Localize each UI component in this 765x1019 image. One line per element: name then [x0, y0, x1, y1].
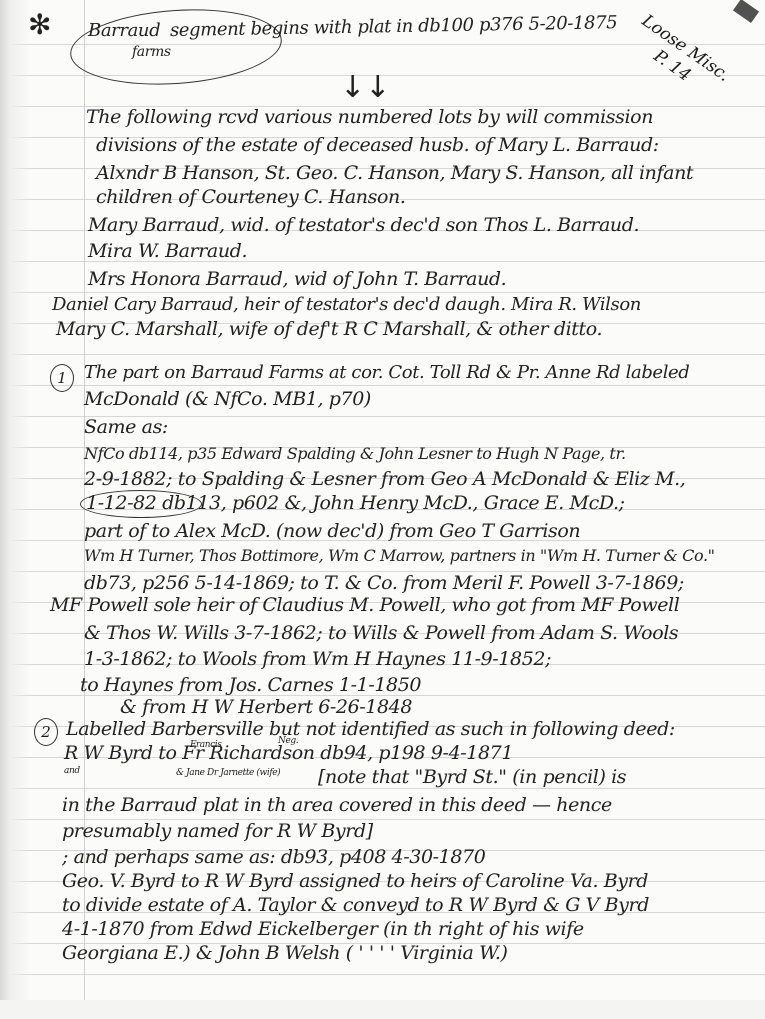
section2-line: 4-1-1870 from Edwd Eickelberger (in th r…	[62, 918, 584, 940]
section2-line: [note that "Byrd St." (in pencil) is	[318, 766, 626, 788]
section1-line: Same as:	[84, 416, 168, 438]
section2-line: Labelled Barbersville but not identified…	[66, 718, 675, 740]
section2-line: in the Barraud plat in th area covered i…	[62, 794, 612, 816]
circled-word-farms: farms	[132, 44, 171, 60]
annotation-and: and	[64, 766, 80, 776]
section1-line: & from H W Herbert 6-26-1848	[120, 696, 412, 718]
section2-line: Geo. V. Byrd to R W Byrd assigned to hei…	[62, 870, 648, 892]
intro-line: Mary Barraud, wid. of testator's dec'd s…	[88, 214, 639, 236]
section2-line: presumably named for R W Byrd]	[62, 820, 373, 842]
section1-line: 1-12-82 db113, p602 &, John Henry McD., …	[86, 492, 625, 514]
section1-line: The part on Barraud Farms at cor. Cot. T…	[84, 362, 689, 383]
intro-line: children of Courteney C. Hanson.	[96, 186, 405, 208]
section1-line: NfCo db114, p35 Edward Spalding & John L…	[84, 444, 626, 463]
section1-line: MF Powell sole heir of Claudius M. Powel…	[50, 594, 679, 616]
section-number-2: 2	[34, 718, 58, 746]
intro-line: divisions of the estate of deceased husb…	[96, 134, 659, 156]
section1-line: 2-9-1882; to Spalding & Lesner from Geo …	[84, 468, 685, 490]
section1-line: & Thos W. Wills 3-7-1862; to Wills & Pow…	[84, 622, 678, 644]
intro-line: Mira W. Barraud.	[88, 240, 247, 262]
intro-line: Daniel Cary Barraud, heir of testator's …	[52, 294, 641, 315]
section1-line: part of to Alex McD. (now dec'd) from Ge…	[84, 520, 580, 542]
section1-line: McDonald (& NfCo. MB1, p70)	[84, 388, 371, 410]
section1-line: to Haynes from Jos. Carnes 1-1-1850	[80, 674, 421, 696]
section1-line: 1-3-1862; to Wools from Wm H Haynes 11-9…	[84, 648, 551, 670]
page-bottom-edge	[0, 1000, 765, 1019]
intro-line: Alxndr B Hanson, St. Geo. C. Hanson, Mar…	[96, 162, 693, 184]
intro-line: The following rcvd various numbered lots…	[86, 106, 653, 128]
annotation-wife: & Jane Dr Jarnette (wife)	[176, 768, 280, 778]
intro-line: Mrs Honora Barraud, wid of John T. Barra…	[88, 268, 506, 290]
circled-word-barraud: Barraud	[88, 20, 160, 41]
annotation-francis: Francis	[190, 740, 221, 750]
section1-line: db73, p256 5-14-1869; to T. & Co. from M…	[84, 572, 684, 594]
section2-line: ; and perhaps same as: db93, p408 4-30-1…	[62, 846, 485, 868]
section2-line: to divide estate of A. Taylor & conveyd …	[62, 894, 649, 916]
double-arrow-down-icon: ↓↓	[340, 70, 390, 105]
section-number-1: 1	[50, 364, 74, 392]
section2-line: R W Byrd to Fr Richardson db94, p198 9-4…	[64, 742, 513, 764]
intro-line: Mary C. Marshall, wife of def't R C Mars…	[56, 318, 602, 340]
section1-line: Wm H Turner, Thos Bottimore, Wm C Marrow…	[84, 546, 715, 565]
section2-line: Georgiana E.) & John B Welsh ( ' ' ' ' V…	[62, 942, 508, 964]
asterisk-check-mark-icon: ✻	[28, 8, 51, 41]
